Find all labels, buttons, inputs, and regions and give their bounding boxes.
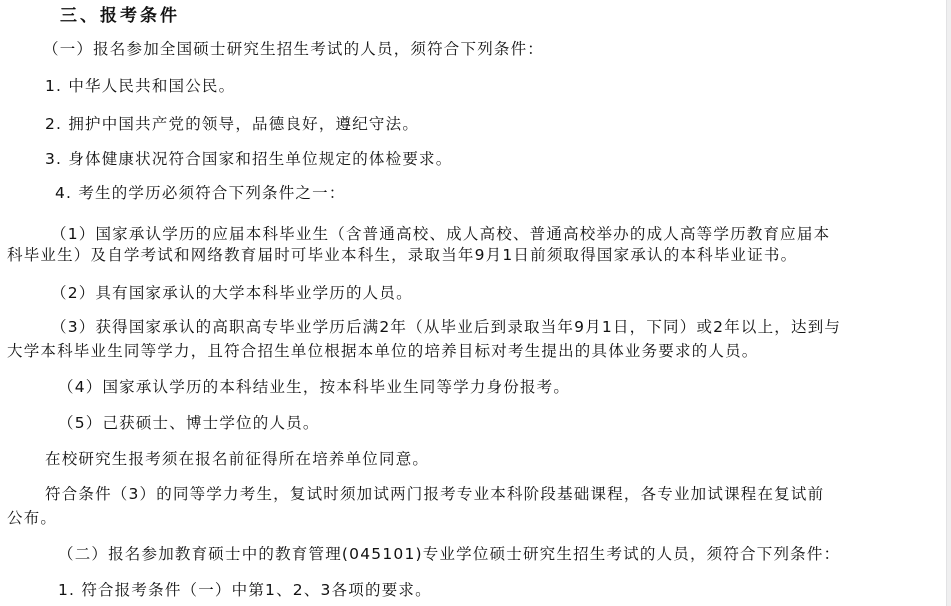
part-two-item-1: 1. 符合报考条件（一）中第1、2、3各项的要求。	[58, 580, 432, 600]
education-condition-2: （2）具有国家承认的大学本科毕业学历的人员。	[51, 283, 413, 303]
education-condition-1-line1: （1）国家承认学历的应届本科毕业生（含普通高校、成人高校、普通高校举办的成人高等…	[51, 224, 830, 244]
part-two-heading: （二）报名参加教育硕士中的教育管理(045101)专业学位硕士研究生招生考试的人…	[58, 544, 840, 564]
requirement-item-3: 3. 身体健康状况符合国家和招生单位规定的体检要求。	[45, 149, 452, 169]
note-equivalent-line2: 公布。	[7, 508, 57, 528]
education-condition-1-line2: 科毕业生）及自学考试和网络教育届时可毕业本科生，录取当年9月1日前须取得国家承认…	[7, 245, 797, 265]
requirement-item-4: 4. 考生的学历必须符合下列条件之一：	[55, 183, 346, 203]
education-condition-5: （5）己获硕士、博士学位的人员。	[58, 413, 320, 433]
requirement-item-2: 2. 拥护中国共产党的领导，品德良好，遵纪守法。	[45, 114, 419, 134]
education-condition-3-line1: （3）获得国家承认的高职高专毕业学历后满2年（从毕业后到录取当年9月1日，下同）…	[51, 317, 841, 337]
document-page: 三、报考条件 （一）报名参加全国硕士研究生招生考试的人员，须符合下列条件： 1.…	[0, 0, 946, 606]
note-equivalent-line1: 符合条件（3）的同等学力考生，复试时须加试两门报考专业本科阶段基础课程，各专业加…	[45, 484, 824, 504]
note-in-school-students: 在校研究生报考须在报名前征得所在培养单位同意。	[45, 449, 429, 469]
part-one-heading: （一）报名参加全国硕士研究生招生考试的人员，须符合下列条件：	[43, 39, 544, 59]
section-title: 三、报考条件	[60, 6, 180, 26]
scrollbar-track[interactable]	[946, 0, 951, 606]
education-condition-3-line2: 大学本科毕业生同等学力，且符合招生单位根据本单位的培养目标对考生提出的具体业务要…	[7, 341, 759, 361]
education-condition-4: （4）国家承认学历的本科结业生，按本科毕业生同等学力身份报考。	[58, 377, 570, 397]
requirement-item-1: 1. 中华人民共和国公民。	[45, 76, 235, 96]
